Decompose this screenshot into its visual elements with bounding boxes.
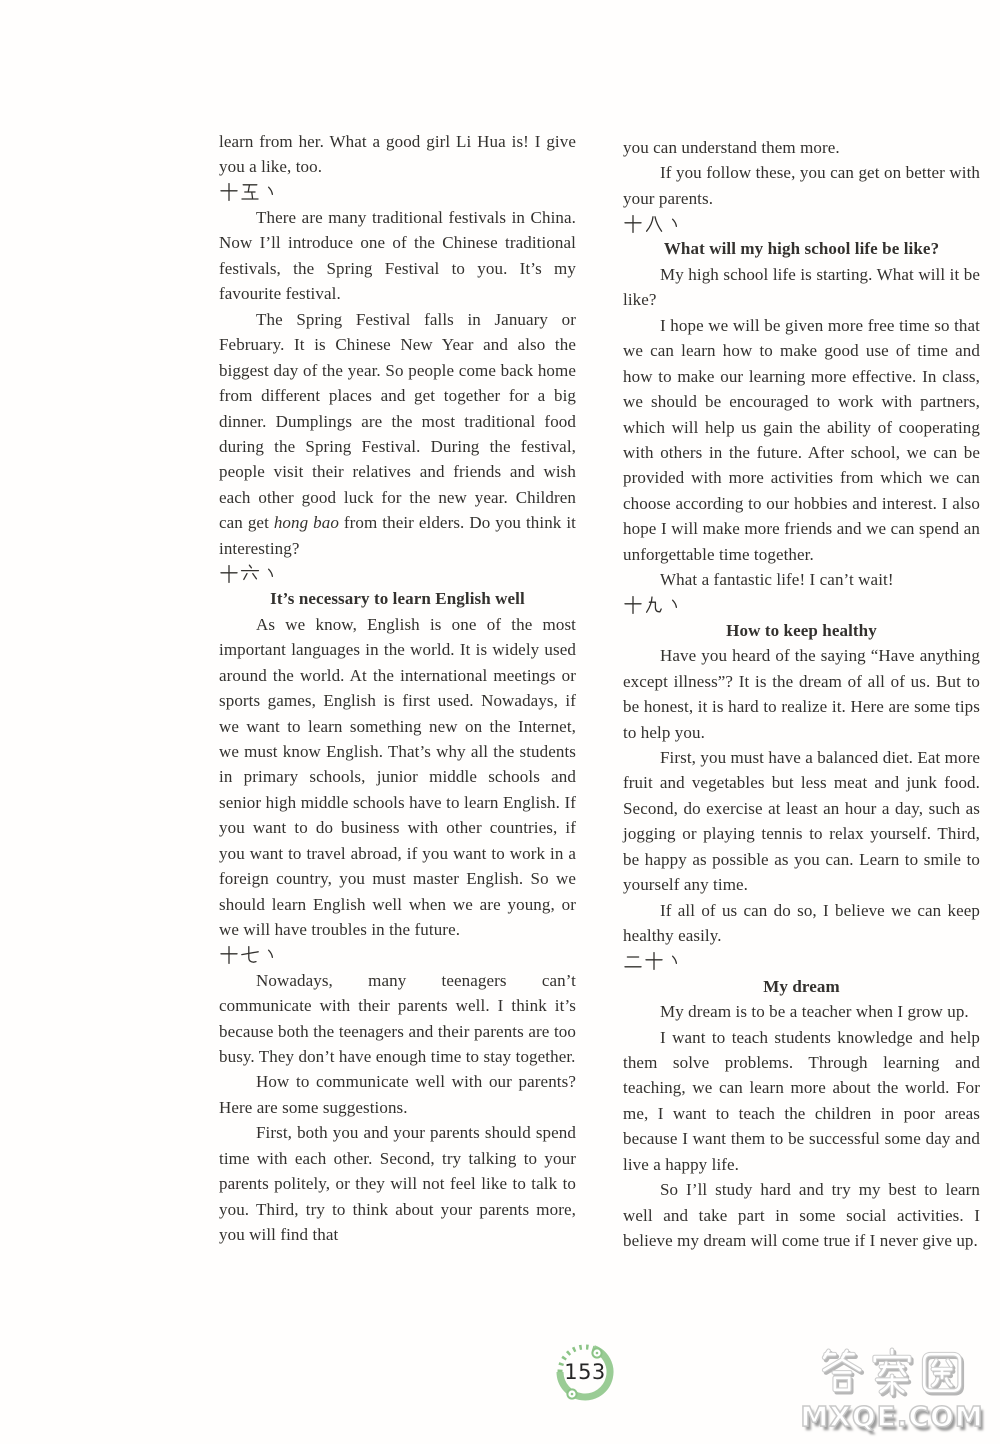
cjk-numeral-glyph (240, 182, 260, 202)
paragraph: The Spring Festival falls in January or … (219, 307, 576, 562)
right-column: you can understand them more.If you foll… (623, 135, 980, 1254)
cjk-numeral-glyph (219, 564, 239, 584)
paragraph: My dream is to be a teacher when I grow … (623, 999, 980, 1024)
watermark-brand (788, 1346, 996, 1398)
watermark-site: MXQE.COM (788, 1402, 996, 1432)
watermark-cjk-glyph (918, 1348, 966, 1396)
cjk-numeral-glyph (623, 595, 643, 615)
cjk-numeral-glyph (665, 595, 685, 615)
cjk-numeral-glyph (261, 182, 281, 202)
paragraph: As we know, English is one of the most i… (219, 612, 576, 943)
paragraph: Nowadays, many teenagers can’t communica… (219, 968, 576, 1070)
essay-title: My dream (623, 974, 980, 999)
paragraph: How to communicate well with our parents… (219, 1069, 576, 1120)
continuation-text: learn from her. What a good girl Li Hua … (219, 129, 576, 180)
watermark: MXQE.COM (788, 1346, 996, 1432)
watermark-cjk-glyph (868, 1348, 916, 1396)
cjk-numeral-glyph (261, 945, 281, 965)
paragraph: What a fantastic life! I can’t wait! (623, 567, 980, 592)
continuation-text: you can understand them more. (623, 135, 980, 160)
cjk-numeral-glyph (665, 214, 685, 234)
page-number-badge: 153 (550, 1337, 620, 1407)
book-page: learn from her. What a good girl Li Hua … (0, 0, 1000, 1444)
paragraph: If you follow these, you can get on bett… (623, 160, 980, 211)
section-marker (623, 593, 980, 618)
cjk-numeral-glyph (219, 945, 239, 965)
page-number: 153 (550, 1337, 620, 1407)
section-marker (623, 949, 980, 974)
paragraph: My high school life is starting. What wi… (623, 262, 980, 313)
paragraph: There are many traditional festivals in … (219, 205, 576, 307)
paragraph: First, you must have a balanced diet. Ea… (623, 745, 980, 898)
paragraph: I want to teach students knowledge and h… (623, 1025, 980, 1178)
section-marker (219, 943, 576, 968)
section-marker (623, 211, 980, 236)
cjk-numeral-glyph (644, 951, 664, 971)
left-column: learn from her. What a good girl Li Hua … (219, 129, 576, 1248)
section-marker (219, 561, 576, 586)
paragraph: Have you heard of the saying “Have anyth… (623, 643, 980, 745)
cjk-numeral-glyph (644, 595, 664, 615)
cjk-numeral-glyph (219, 182, 239, 202)
essay-title: How to keep healthy (623, 618, 980, 643)
watermark-cjk-glyph (818, 1348, 866, 1396)
cjk-numeral-glyph (261, 564, 281, 584)
cjk-numeral-glyph (644, 214, 664, 234)
transliteration-italic: hong bao (274, 513, 339, 532)
cjk-numeral-glyph (623, 214, 643, 234)
cjk-numeral-glyph (240, 945, 260, 965)
essay-title: It’s necessary to learn English well (219, 586, 576, 611)
paragraph: First, both you and your parents should … (219, 1120, 576, 1247)
essay-title: What will my high school life be like? (623, 236, 980, 261)
paragraph: So I’ll study hard and try my best to le… (623, 1177, 980, 1253)
cjk-numeral-glyph (240, 564, 260, 584)
paragraph: If all of us can do so, I believe we can… (623, 898, 980, 949)
cjk-numeral-glyph (665, 951, 685, 971)
section-marker (219, 180, 576, 205)
paragraph: I hope we will be given more free time s… (623, 313, 980, 568)
cjk-numeral-glyph (623, 951, 643, 971)
